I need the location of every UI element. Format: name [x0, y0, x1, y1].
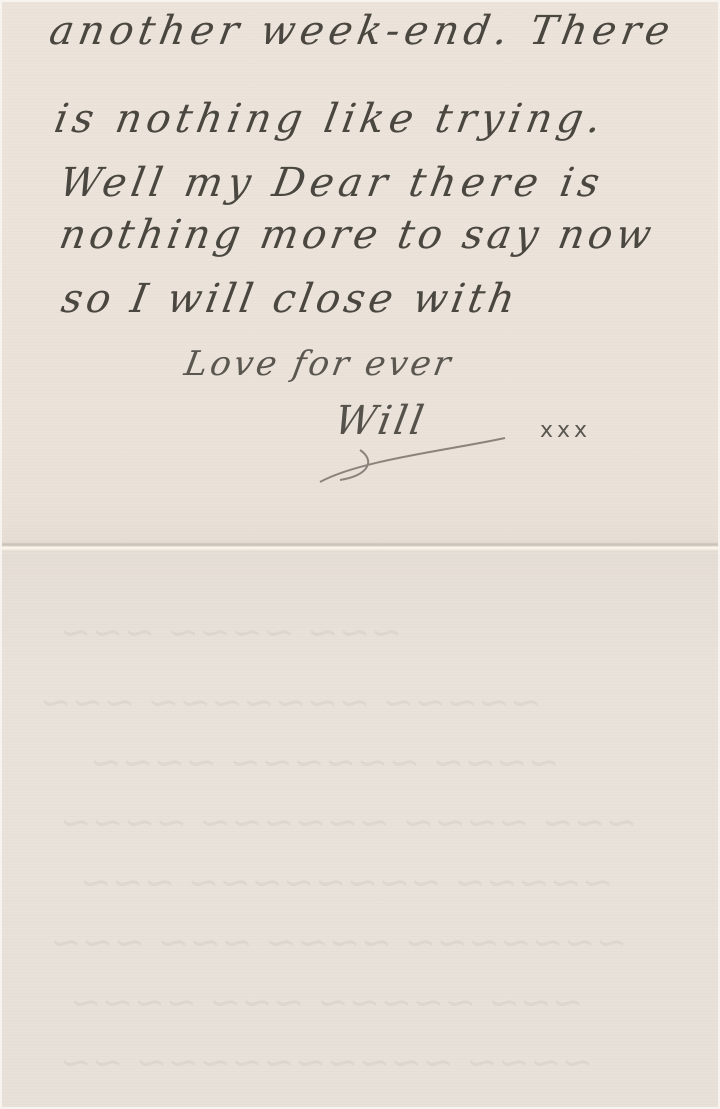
- kisses: xxx: [540, 418, 591, 443]
- letter-line-2: is nothing like trying.: [51, 96, 610, 142]
- letter-page: ~~~ ~~~~ ~~~ ~~~~~ ~~~~~~~ ~~~ ~~~~ ~~~~…: [0, 0, 720, 1109]
- bleed-through-text: ~~~ ~~~~ ~~~~~~ ~~~~: [56, 800, 641, 844]
- bleed-through-text: ~~~~~~~ ~~~~ ~~~ ~~~: [46, 920, 631, 964]
- bleed-through-text: ~~~~ ~~~~~~~~~~ ~~: [56, 1040, 597, 1084]
- letter-line-3: Well my Dear there is: [56, 160, 608, 206]
- bleed-through-text: ~~~~~ ~~~~~~~ ~~~: [36, 680, 546, 724]
- letter-line-4: nothing more to say now: [56, 212, 659, 258]
- bleed-through-text: ~~~ ~~~~~ ~~~ ~~~~: [66, 980, 588, 1024]
- paper-fold-crease: [0, 542, 720, 552]
- letter-line-1: another week-end. There: [46, 8, 678, 54]
- bleed-through-text: ~~~ ~~~~ ~~~: [56, 610, 406, 654]
- closing-phrase: Love for ever: [181, 344, 456, 384]
- bleed-through-text: ~~~~~ ~~~~~~~~ ~~~: [76, 860, 617, 904]
- letter-line-5: so I will close with: [58, 276, 522, 322]
- bleed-through-text: ~~~~ ~~~~~~ ~~~~: [86, 740, 564, 784]
- signature-flourish-icon: [300, 420, 520, 490]
